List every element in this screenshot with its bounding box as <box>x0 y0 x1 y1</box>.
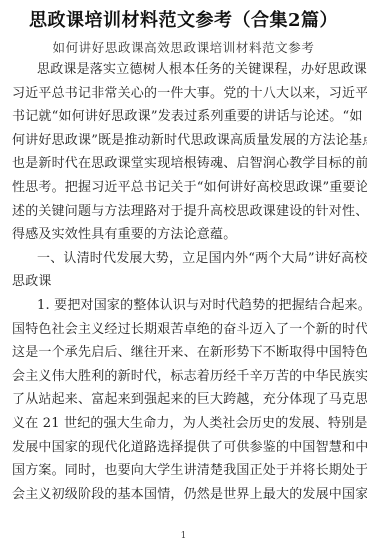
body-text-line: 发展中国家的现代化道路选择提供了可供参鉴的中国智慧和中 <box>12 440 356 456</box>
body-text-line: 思政课 <box>12 274 356 290</box>
body-text-line: 习近平总书记非常关心的一件大事。党的十八大以来，习近平总 <box>12 86 356 102</box>
body-text-line: 述的关键问题与方法理路对于提升高校思政课建设的针对性、获 <box>12 204 356 220</box>
body-text-line: 国特色社会主义经过长期艰苦卓绝的奋斗迈入了一个新的时代。 <box>12 322 356 338</box>
body-text-line: 一、认清时代发展大势，立足国内外“两个大局”讲好高校 <box>37 251 356 267</box>
body-text-line: 了从站起来、富起来到强起来的巨大跨越，充分体现了马克思主 <box>12 392 356 408</box>
body-text-line: 这是一个承先启后、继往开来、在新形势下不断取得中国特色社 <box>12 345 356 361</box>
body-text-line: 国方案。同时，也要向大学生讲清楚我国正处于并将长期处于社 <box>12 463 356 479</box>
body-text-line: 也是新时代在思政课堂实现培根铸魂、启智润心教学目标的前提 <box>12 156 356 172</box>
body-text-line: 会主义伟大胜利的新时代，标志着历经千辛万苦的中华民族实现 <box>12 369 356 385</box>
body-text-line: 义在 21 世纪的强大生命力，为人类社会历史的发展、特别是为 <box>12 416 356 432</box>
body-text-line: 书记就“如何讲好思政课”发表过系列重要的讲话与论述。“如 <box>12 109 356 125</box>
document-subtitle: 如何讲好思政课高效思政课培训材料范文参考 <box>0 38 367 56</box>
body-text-line: 得感及实效性具有重要的方法论意蕴。 <box>12 227 356 243</box>
page-number: 1 <box>0 531 367 541</box>
body-text-line: 会主义初级阶段的基本国情，仍然是世界上最大的发展中国家的 <box>12 487 356 503</box>
body-text-line: 何讲好思政课”既是推动新时代思政课高质量发展的方法论基点， <box>12 133 356 149</box>
body-text-line: 性思考。把握习近平总书记关于“如何讲好高校思政课”重要论 <box>12 180 356 196</box>
document-page: 思政课培训材料范文参考（合集2篇） 如何讲好思政课高效思政课培训材料范文参考 思… <box>0 0 367 550</box>
body-text-line: 1. 要把对国家的整体认识与对时代趋势的把握结合起来。中 <box>37 298 356 314</box>
body-text-line: 思政课是落实立德树人根本任务的关键课程，办好思政课是 <box>37 62 356 78</box>
document-title: 思政课培训材料范文参考（合集2篇） <box>0 6 367 32</box>
